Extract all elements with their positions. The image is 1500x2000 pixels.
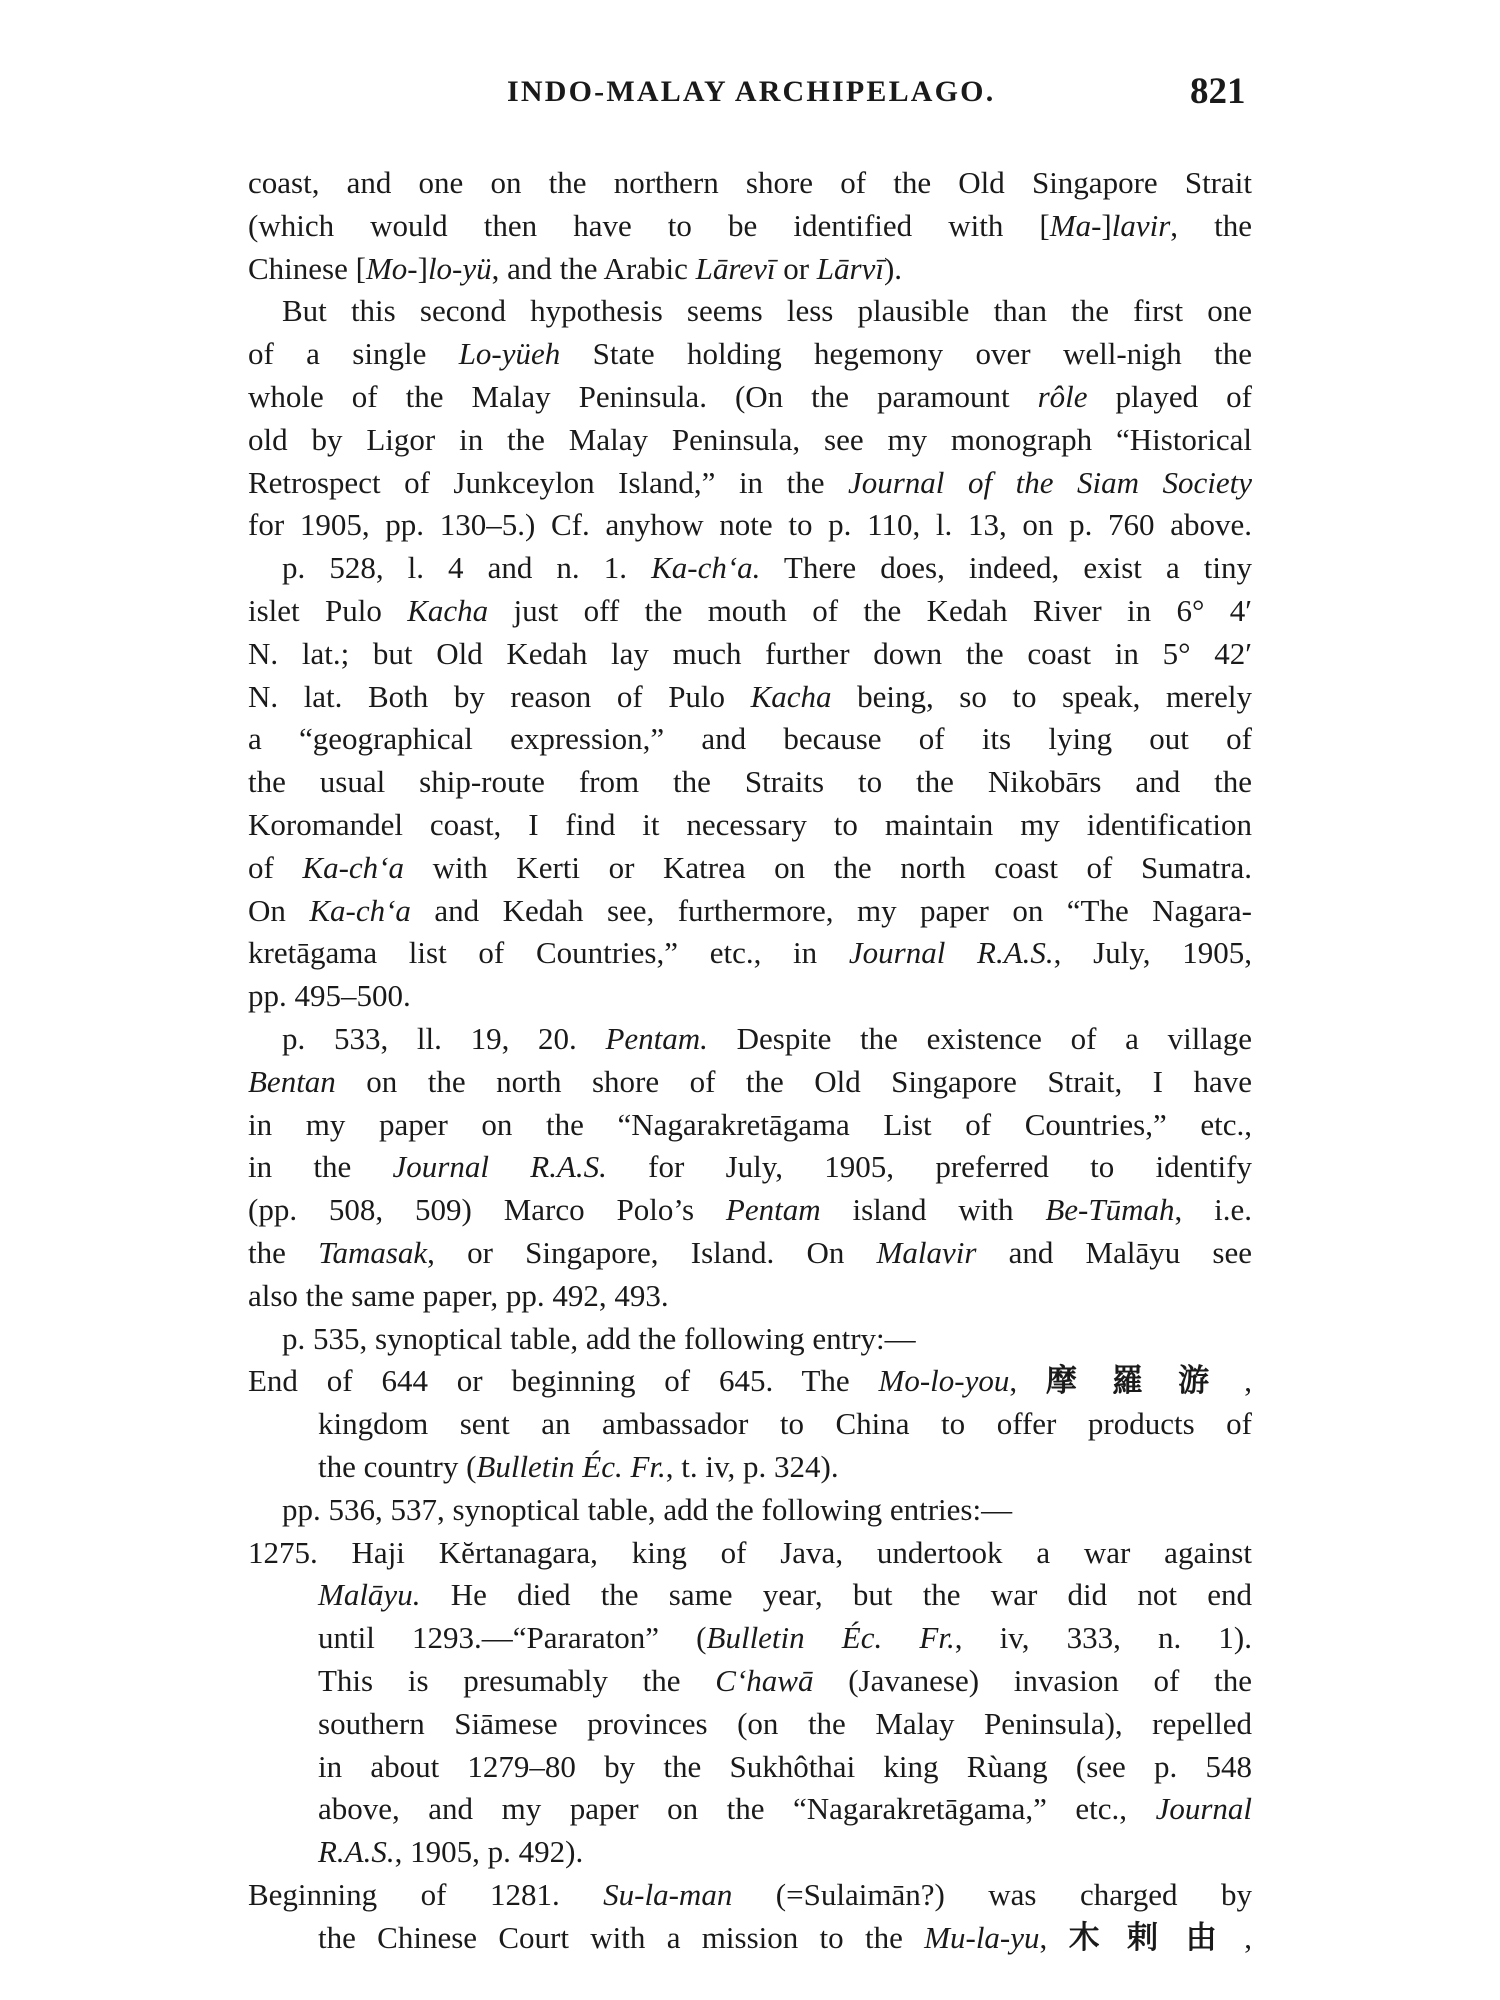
italic-text: Kacha [407,593,488,628]
text-line: (which would then have to be identified … [248,205,1252,248]
text-run: the Chinese Court with a mission to the [318,1920,924,1955]
italic-text: Bentan [248,1064,336,1099]
text-run: State holding hegemony over well-nigh th… [560,336,1252,371]
text-line: the Chinese Court with a mission to the … [318,1917,1252,1960]
text-line: islet Pulo Kacha just off the mouth of t… [248,590,1252,633]
chinese-characters: 摩羅游 [1046,1363,1244,1399]
text-run: old by Ligor in the Malay Peninsula, see… [248,422,1252,457]
text-run: of a single [248,336,459,371]
text-line: End of 644 or beginning of 645. The Mo-l… [248,1360,1252,1403]
text-run: Despite the existence of a village [708,1021,1252,1056]
text-run: This is presumably the [318,1663,715,1698]
text-line: 1275. Haji Kĕrtanagara, king of Java, un… [248,1532,1252,1575]
text-run: island with [821,1192,1046,1227]
italic-text: Journal R.A.S. [849,935,1054,970]
text-line: Chinese [Mo-]lo-yü, and the Arabic Lārev… [248,248,1252,291]
text-run: He died the same year, but the war did n… [420,1577,1252,1612]
italic-text: Pentam. [605,1021,707,1056]
text-run: the country ( [318,1449,476,1484]
italic-text: Lārvī [817,251,884,286]
text-run: of [248,850,302,885]
text-run: , iv, 333, n. 1). [955,1620,1252,1655]
text-line: pp. 495–500. [248,975,1252,1018]
text-line: kretāgama list of Countries,” etc., in J… [248,932,1252,975]
text-line: a “geographical expression,” and because… [248,718,1252,761]
text-run: , [1009,1363,1046,1398]
text-run: , the [1170,208,1252,243]
text-line: R.A.S., 1905, p. 492). [318,1831,1252,1874]
text-run: , 1905, p. 492). [395,1834,584,1869]
italic-text: Ka-ch‘a [309,893,411,928]
text-run: kingdom sent an ambassador to China to o… [318,1406,1252,1441]
text-line: N. lat. Both by reason of Pulo Kacha bei… [248,676,1252,719]
text-line: Malāyu. He died the same year, but the w… [318,1574,1252,1617]
text-run: ). [884,251,902,286]
text-run: , or Singapore, Island. On [427,1235,876,1270]
italic-text: rôle [1038,379,1088,414]
italic-text: R.A.S. [318,1834,395,1869]
text-line: the country (Bulletin Éc. Fr., t. iv, p.… [318,1446,1252,1489]
italic-text: Be-Tūmah [1045,1192,1174,1227]
text-run: just off the mouth of the Kedah River in… [488,593,1252,628]
italic-text: lavir [1112,208,1171,243]
italic-text: Mu-la-yu [924,1920,1039,1955]
text-run: p. 533, ll. 19, 20. [282,1021,605,1056]
text-line: N. lat.; but Old Kedah lay much further … [248,633,1252,676]
text-line: the usual ship-route from the Straits to… [248,761,1252,804]
text-line: coast, and one on the northern shore of … [248,162,1252,205]
italic-text: Mo-lo-you [879,1363,1010,1398]
text-run: southern Siāmese provinces (on the Malay… [318,1706,1252,1741]
text-line: also the same paper, pp. 492, 493. [248,1275,1252,1318]
text-run: islet Pulo [248,593,407,628]
text-line: pp. 536, 537, synoptical table, add the … [282,1489,1252,1532]
text-run: above, and my paper on the “Nagarakretāg… [318,1791,1156,1826]
text-run: played of [1088,379,1252,414]
text-line: in my paper on the “Nagarakretāgama List… [248,1104,1252,1147]
text-line: in the Journal R.A.S. for July, 1905, pr… [248,1146,1252,1189]
text-run: (pp. 508, 509) Marco Polo’s [248,1192,726,1227]
italic-text: Tamasak [318,1235,427,1270]
text-line: in about 1279–80 by the Sukhôthai king R… [318,1746,1252,1789]
italic-text: lo-yü [428,251,492,286]
text-run: But this second hypothesis seems less pl… [282,293,1252,328]
text-line: This is presumably the C‘hawā (Javanese)… [318,1660,1252,1703]
text-run: Retrospect of Junkceylon Island,” in the [248,465,848,500]
running-head: INDO-MALAY ARCHIPELAGO. [507,72,995,112]
page-number: 821 [1190,70,1246,114]
text-run: , [1244,1920,1252,1955]
text-line: of Ka-ch‘a with Kerti or Katrea on the n… [248,847,1252,890]
text-run: in about 1279–80 by the Sukhôthai king R… [318,1749,1252,1784]
text-run: and Malāyu see [976,1235,1252,1270]
text-run: and Kedah see, furthermore, my paper on … [411,893,1252,928]
text-line: p. 533, ll. 19, 20. Pentam. Despite the … [282,1018,1252,1061]
italic-text: Journal [1156,1791,1252,1826]
italic-text: Malāyu. [318,1577,420,1612]
text-run: for 1905, pp. 130–5.) Cf. anyhow note to… [248,507,1252,542]
text-run: (=Sulaimān?) was charged by [732,1877,1252,1912]
italic-text: Kacha [751,679,832,714]
text-run: , [1040,1920,1069,1955]
text-line: Beginning of 1281. Su-la-man (=Sulaimān?… [248,1874,1252,1917]
text-run: , i.e. [1175,1192,1252,1227]
text-run: , July, 1905, [1054,935,1252,970]
text-line: for 1905, pp. 130–5.) Cf. anyhow note to… [248,504,1252,547]
text-run: N. lat. Both by reason of Pulo [248,679,751,714]
text-run: or [775,251,816,286]
text-run: pp. 536, 537, synoptical table, add the … [282,1492,1012,1527]
text-run: kretāgama list of Countries,” etc., in [248,935,849,970]
italic-text: Mo- [366,251,418,286]
text-line: Koromandel coast, I find it necessary to… [248,804,1252,847]
italic-text: Lo-yüeh [459,336,561,371]
chinese-characters: 木剌由 [1069,1920,1245,1956]
text-run: pp. 495–500. [248,978,411,1013]
text-run: End of 644 or beginning of 645. The [248,1363,879,1398]
text-run: N. lat.; but Old Kedah lay much further … [248,636,1252,671]
text-line: above, and my paper on the “Nagarakretāg… [318,1788,1252,1831]
text-line: whole of the Malay Peninsula. (On the pa… [248,376,1252,419]
italic-text: Ka-ch‘a. [651,550,760,585]
text-run: (which would then have to be identified … [248,208,1050,243]
text-run: the [248,1235,318,1270]
italic-text: Ma- [1050,208,1102,243]
text-line: the Tamasak, or Singapore, Island. On Ma… [248,1232,1252,1275]
text-line: southern Siāmese provinces (on the Malay… [318,1703,1252,1746]
text-run: p. 535, synoptical table, add the follow… [282,1321,916,1356]
text-run: being, so to speak, merely [832,679,1252,714]
italic-text: C‘hawā [715,1663,813,1698]
text-line: of a single Lo-yüeh State holding hegemo… [248,333,1252,376]
text-run: , and the Arabic [492,251,696,286]
text-line: Retrospect of Junkceylon Island,” in the… [248,462,1252,505]
text-run: whole of the Malay Peninsula. (On the pa… [248,379,1038,414]
italic-text: Malavir [877,1235,977,1270]
text-run: Chinese [ [248,251,366,286]
text-run: also the same paper, pp. 492, 493. [248,1278,669,1313]
text-run: with Kerti or Katrea on the north coast … [404,850,1252,885]
italic-text: Bulletin Éc. Fr. [476,1449,665,1484]
italic-text: Ka-ch‘a [302,850,404,885]
text-line: But this second hypothesis seems less pl… [282,290,1252,333]
text-line: Bentan on the north shore of the Old Sin… [248,1061,1252,1104]
text-line: until 1293.—“Pararaton” (Bulletin Éc. Fr… [318,1617,1252,1660]
text-line: p. 535, synoptical table, add the follow… [282,1318,1252,1361]
text-run: coast, and one on the northern shore of … [248,165,1252,200]
italic-text: Su-la-man [603,1877,732,1912]
text-line: p. 528, l. 4 and n. 1. Ka-ch‘a. There do… [282,547,1252,590]
text-run: There does, indeed, exist a tiny [760,550,1252,585]
italic-text: Lārevī [696,251,776,286]
text-run: for July, 1905, preferred to identify [607,1149,1252,1184]
text-run: on the north shore of the Old Singapore … [336,1064,1252,1099]
text-run: a “geographical expression,” and because… [248,721,1252,756]
text-line: kingdom sent an ambassador to China to o… [318,1403,1252,1446]
text-run: 1275. Haji Kĕrtanagara, king of Java, un… [248,1535,1252,1570]
italic-text: Pentam [726,1192,821,1227]
text-run: Beginning of 1281. [248,1877,603,1912]
text-run: the usual ship-route from the Straits to… [248,764,1252,799]
text-run: until 1293.—“Pararaton” ( [318,1620,707,1655]
text-run: , t. iv, p. 324). [666,1449,839,1484]
text-run: On [248,893,309,928]
italic-text: Journal R.A.S. [393,1149,607,1184]
text-line: (pp. 508, 509) Marco Polo’s Pentam islan… [248,1189,1252,1232]
text-run: ] [1101,208,1111,243]
text-run: , [1244,1363,1252,1398]
text-run: ] [418,251,428,286]
italic-text: Bulletin Éc. Fr. [707,1620,955,1655]
text-run: in the [248,1149,393,1184]
text-line: old by Ligor in the Malay Peninsula, see… [248,419,1252,462]
text-line: On Ka-ch‘a and Kedah see, furthermore, m… [248,890,1252,933]
text-run: p. 528, l. 4 and n. 1. [282,550,651,585]
book-page: INDO-MALAY ARCHIPELAGO. 821 coast, and o… [0,0,1500,2000]
text-run: Koromandel coast, I find it necessary to… [248,807,1252,842]
text-run: (Javanese) invasion of the [813,1663,1252,1698]
italic-text: Journal of the Siam Society [848,465,1252,500]
text-run: in my paper on the “Nagarakretāgama List… [248,1107,1252,1142]
